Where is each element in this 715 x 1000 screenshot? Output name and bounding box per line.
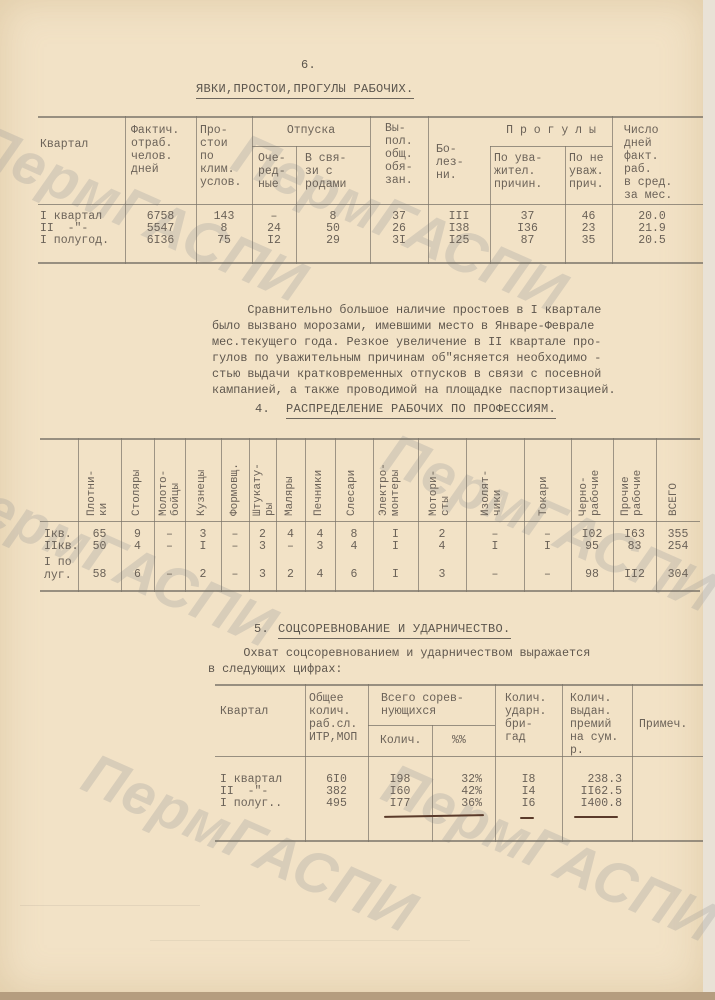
cell: 254: [656, 540, 700, 553]
header-bonuses: Колич. выдан. премий на сум. р.: [570, 692, 618, 757]
header-leave-regular: Оче- ред- ные: [258, 152, 286, 191]
header-profession: Кузнецы: [196, 444, 208, 516]
cell: 95: [571, 540, 613, 553]
cell: 3: [249, 540, 276, 553]
page-edge: [703, 0, 715, 992]
header-brigades: Колич. ударн. бри- гад: [505, 692, 546, 744]
cell: 35: [565, 234, 612, 247]
cell: 4: [335, 540, 373, 553]
cell: 6I36: [125, 234, 196, 247]
cell: –: [524, 568, 571, 581]
header-profession: Прочие рабочие: [620, 444, 644, 516]
header-notes: Примеч.: [639, 718, 687, 731]
section-title-downtime: ЯВКИ,ПРОСТОИ,ПРОГУЛЫ РАБОЧИХ.: [196, 82, 414, 99]
cell: –: [276, 540, 305, 553]
cell: 3: [305, 540, 335, 553]
header-leave-childbirth: В свя- зи с родами: [305, 152, 346, 191]
row-label: I по луг.: [44, 556, 72, 582]
header-total-staff: Общее колич. раб.сл. ИТР,МОП: [309, 692, 357, 744]
header-profession: Штукату- ры: [252, 444, 276, 516]
section-number: 5.: [254, 622, 269, 636]
cell: I: [373, 540, 418, 553]
cell: –: [221, 568, 249, 581]
bleed-through-line: [150, 940, 470, 941]
paragraph-line: мес.текущего года. Резкое увеличение в I…: [212, 334, 601, 350]
cell: 58: [78, 568, 121, 581]
header-actual-days: Фактич. отраб. челов. дней: [131, 124, 179, 176]
cell: 6: [121, 568, 154, 581]
header-profession: Токари: [538, 444, 550, 516]
header-profession: Слесари: [346, 444, 358, 516]
header-quarter: Квартал: [220, 705, 268, 718]
cell: 83: [613, 540, 656, 553]
section-title-professions: РАСПРЕДЕЛЕНИЕ РАБОЧИХ ПО ПРОФЕССИЯМ.: [286, 402, 556, 419]
header-profession: Мотори- сты: [428, 444, 452, 516]
paragraph-line: гулов по уважительным причинам об"ясняет…: [212, 350, 601, 366]
cell: I25: [428, 234, 490, 247]
header-profession: Формовщ.: [229, 444, 241, 516]
cell: I: [373, 568, 418, 581]
header-profession: Маляры: [284, 444, 296, 516]
cell: 2: [276, 568, 305, 581]
section-number: 4.: [255, 402, 270, 416]
cell: II2: [613, 568, 656, 581]
header-competing: Всего сорев- нующихся: [381, 692, 464, 718]
cell: I400.8: [562, 797, 622, 810]
cell: 6: [335, 568, 373, 581]
cell: 495: [305, 797, 368, 810]
cell: 20.5: [612, 234, 692, 247]
header-absence-valid: По ува- жител. причин.: [494, 152, 542, 191]
intro-line: Охват соцсоревнованием и ударничеством в…: [208, 645, 590, 661]
header-profession: Печники: [313, 444, 325, 516]
header-quarter: Квартал: [40, 138, 88, 151]
cell: 29: [296, 234, 370, 247]
cell: 304: [656, 568, 700, 581]
cell: 4: [418, 540, 466, 553]
cell: 50: [78, 540, 121, 553]
row-label: IIкв.: [44, 540, 79, 553]
paragraph-line: кампанией, а также проводимой на площадк…: [212, 382, 616, 398]
cell: I: [524, 540, 571, 553]
cell: I2: [252, 234, 296, 247]
cell: 36%: [432, 797, 482, 810]
header-illness: Бо- лез- ни.: [436, 143, 464, 182]
cell: 98: [571, 568, 613, 581]
cell: 4: [305, 568, 335, 581]
paragraph-line: Сравнительно большое наличие простоев в …: [212, 302, 601, 318]
cell: 4: [121, 540, 154, 553]
cell: 2: [185, 568, 221, 581]
cell: 3: [249, 568, 276, 581]
header-absence-invalid: По не уваж. прич.: [569, 152, 604, 191]
header-profession: Столяры: [131, 444, 143, 516]
row-quarter: I полуг..: [220, 797, 282, 810]
handwritten-underline: [574, 816, 618, 818]
cell: 3I: [370, 234, 428, 247]
cell: –: [466, 568, 524, 581]
cell: I: [185, 540, 221, 553]
cell: I6: [495, 797, 562, 810]
header-count: Колич.: [380, 734, 421, 747]
cell: –: [154, 540, 185, 553]
header-profession: Плотни- ки: [86, 444, 110, 516]
cell: –: [221, 540, 249, 553]
header-idle-climate: Про- стои по клим. услов.: [200, 124, 241, 189]
page-number: 6.: [301, 58, 316, 72]
header-profession: Изолят- чики: [480, 444, 504, 516]
handwritten-underline: [520, 817, 534, 819]
cell: –: [154, 568, 185, 581]
header-profession: Электро- монтеры: [378, 444, 402, 516]
header-avg-days: Число дней факт. раб. в сред. за мес.: [624, 124, 672, 202]
scan-border: [0, 992, 715, 1000]
header-percent: %%: [452, 734, 466, 747]
cell: I77: [368, 797, 432, 810]
cell: 75: [196, 234, 252, 247]
paragraph-line: стью выдачи кратковременных отпусков в с…: [212, 366, 601, 382]
header-profession: Молото- бойцы: [158, 444, 182, 516]
cell: 3: [418, 568, 466, 581]
header-leave: Отпуска: [252, 124, 370, 137]
header-public-duties: Вы- пол. общ. обя- зан.: [385, 122, 413, 187]
cell: I: [466, 540, 524, 553]
bleed-through-line: [20, 905, 200, 906]
section-title-competition: СОЦСОРЕВНОВАНИЕ И УДАРНИЧЕСТВО.: [278, 622, 511, 639]
cell: 87: [490, 234, 565, 247]
header-total: ВСЕГО: [668, 448, 680, 516]
header-absence: П р о г у л ы: [490, 124, 612, 137]
paragraph-line: было вызвано морозами, имевшими место в …: [212, 318, 594, 334]
header-profession: Черно- рабочие: [578, 444, 602, 516]
row-quarter: I полугод.: [40, 234, 109, 247]
intro-line: в следующих цифрах:: [208, 661, 343, 677]
